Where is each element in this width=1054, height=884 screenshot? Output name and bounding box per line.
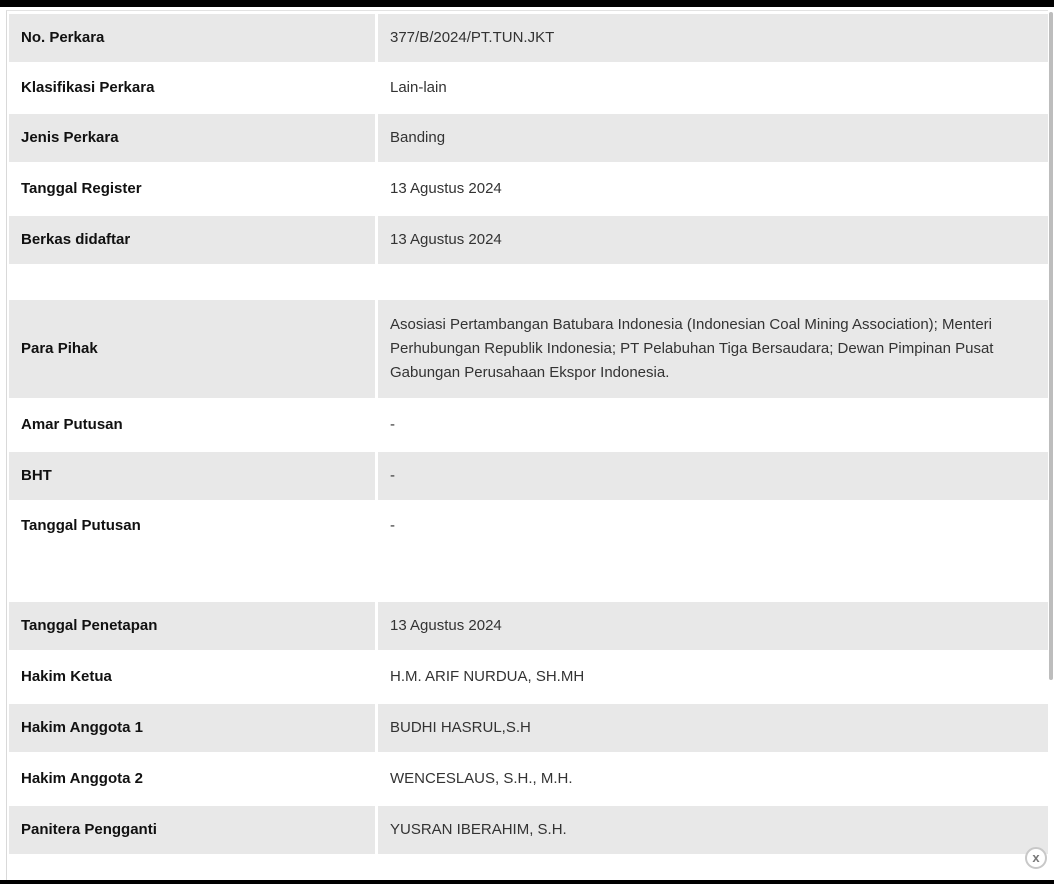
row-value: 13 Agustus 2024 — [378, 602, 1049, 650]
table-row-hakim-anggota-2: Hakim Anggota 2 WENCESLAUS, S.H., M.H. — [9, 752, 1049, 806]
bottom-edge-bar — [0, 880, 1054, 884]
row-label: No. Perkara — [9, 14, 378, 62]
table-row-tanggal-penetapan: Tanggal Penetapan 13 Agustus 2024 — [9, 602, 1049, 650]
case-detail-panel: No. Perkara 377/B/2024/PT.TUN.JKT Klasif… — [6, 10, 1048, 880]
row-value: - — [378, 398, 1049, 452]
spacer-cell — [378, 264, 1049, 300]
table-row-panitera-pengganti: Panitera Pengganti YUSRAN IBERAHIM, S.H. — [9, 806, 1049, 854]
row-label: Panitera Pengganti — [9, 806, 378, 854]
table-row-para-pihak: Para Pihak Asosiasi Pertambangan Batubar… — [9, 300, 1049, 398]
table-row-tanggal-register: Tanggal Register 13 Agustus 2024 — [9, 162, 1049, 216]
row-value: 377/B/2024/PT.TUN.JKT — [378, 14, 1049, 62]
row-value: - — [378, 452, 1049, 500]
row-label: Hakim Ketua — [9, 650, 378, 704]
spacer-cell — [9, 264, 378, 300]
row-label: BHT — [9, 452, 378, 500]
table-row-bht: BHT - — [9, 452, 1049, 500]
table-row-amar-putusan: Amar Putusan - — [9, 398, 1049, 452]
row-value: BUDHI HASRUL,S.H — [378, 704, 1049, 752]
row-value: 13 Agustus 2024 — [378, 216, 1049, 264]
table-row-no-perkara: No. Perkara 377/B/2024/PT.TUN.JKT — [9, 14, 1049, 62]
row-value: 13 Agustus 2024 — [378, 162, 1049, 216]
row-value: - — [378, 500, 1049, 602]
table-row-hakim-ketua: Hakim Ketua H.M. ARIF NURDUA, SH.MH — [9, 650, 1049, 704]
row-value: Banding — [378, 114, 1049, 162]
row-value: H.M. ARIF NURDUA, SH.MH — [378, 650, 1049, 704]
row-label: Klasifikasi Perkara — [9, 62, 378, 114]
row-value: Asosiasi Pertambangan Batubara Indonesia… — [378, 300, 1049, 398]
close-icon: x — [1032, 850, 1039, 865]
case-detail-table: No. Perkara 377/B/2024/PT.TUN.JKT Klasif… — [9, 14, 1049, 854]
close-button[interactable]: x — [1025, 847, 1047, 869]
table-row-klasifikasi-perkara: Klasifikasi Perkara Lain-lain — [9, 62, 1049, 114]
row-label: Hakim Anggota 1 — [9, 704, 378, 752]
row-value: WENCESLAUS, S.H., M.H. — [378, 752, 1049, 806]
vertical-scrollbar[interactable] — [1048, 10, 1054, 880]
top-edge-bar — [0, 0, 1054, 7]
table-row-tanggal-putusan: Tanggal Putusan - — [9, 500, 1049, 602]
row-value: YUSRAN IBERAHIM, S.H. — [378, 806, 1049, 854]
table-row-berkas-didaftar: Berkas didaftar 13 Agustus 2024 — [9, 216, 1049, 264]
row-label: Berkas didaftar — [9, 216, 378, 264]
scrollbar-thumb[interactable] — [1049, 12, 1053, 680]
row-label: Tanggal Putusan — [9, 500, 378, 602]
row-label: Tanggal Penetapan — [9, 602, 378, 650]
table-row-hakim-anggota-1: Hakim Anggota 1 BUDHI HASRUL,S.H — [9, 704, 1049, 752]
row-label: Amar Putusan — [9, 398, 378, 452]
table-spacer-row — [9, 264, 1049, 300]
table-row-jenis-perkara: Jenis Perkara Banding — [9, 114, 1049, 162]
row-value: Lain-lain — [378, 62, 1049, 114]
row-label: Jenis Perkara — [9, 114, 378, 162]
row-label: Para Pihak — [9, 300, 378, 398]
row-label: Tanggal Register — [9, 162, 378, 216]
row-label: Hakim Anggota 2 — [9, 752, 378, 806]
